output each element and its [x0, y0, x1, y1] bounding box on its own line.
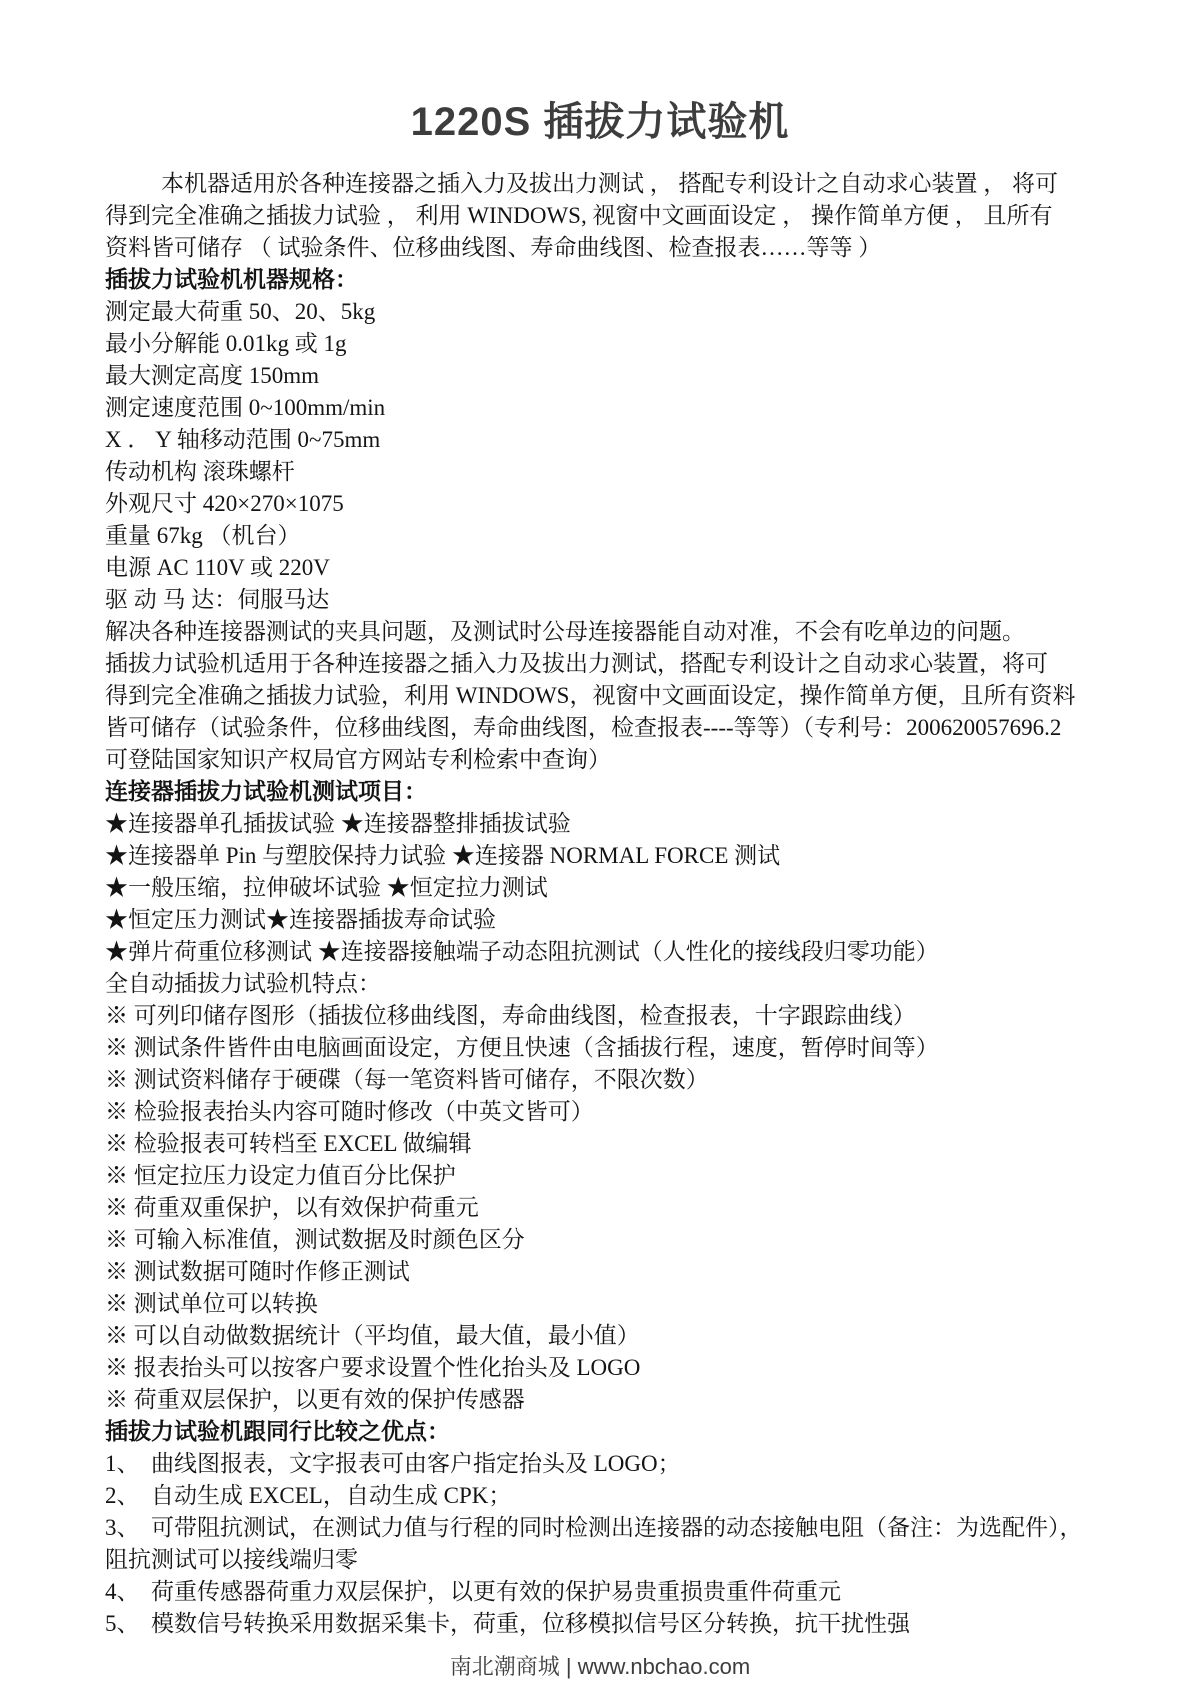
document-page: 1220S 插拔力试验机 本机器适用於各种连接器之插入力及拔出力测试 ， 搭配专…: [0, 0, 1200, 1697]
text-line: 2、 自动生成 EXCEL，自动生成 CPK；: [105, 1480, 1095, 1512]
intro-paragraph: 本机器适用於各种连接器之插入力及拔出力测试 ， 搭配专利设计之自动求心装置 ， …: [105, 168, 1095, 264]
text-line: 本机器适用於各种连接器之插入力及拔出力测试 ， 搭配专利设计之自动求心装置 ， …: [105, 168, 1095, 200]
description-paragraph: 解决各种连接器测试的夹具问题，及测试时公母连接器能自动对准，不会有吃单边的问题。…: [105, 616, 1095, 776]
text-line: ★连接器单孔插拔试验 ★连接器整排插拔试验: [105, 808, 1095, 840]
advantages-list: 1、 曲线图报表，文字报表可由客户指定抬头及 LOGO；2、 自动生成 EXCE…: [105, 1448, 1095, 1640]
text-line: 传动机构 滚珠螺杆: [105, 456, 1095, 488]
text-line: ※ 测试资料储存于硬碟（每一笔资料皆可储存，不限次数）: [105, 1064, 1095, 1096]
footer-separator: |: [560, 1654, 578, 1679]
text-line: ※ 检验报表可转档至 EXCEL 做编辑: [105, 1128, 1095, 1160]
text-line: ※ 测试单位可以转换: [105, 1288, 1095, 1320]
text-line: 可登陆国家知识产权局官方网站专利检索中查询）: [105, 744, 1095, 776]
text-line: 插拔力试验机适用于各种连接器之插入力及拔出力测试，搭配专利设计之自动求心装置，将…: [105, 648, 1095, 680]
text-line: ※ 可以自动做数据统计（平均值，最大值，最小值）: [105, 1320, 1095, 1352]
specs-list: 测定最大荷重 50、20、5kg最小分解能 0.01kg 或 1g最大测定高度 …: [105, 296, 1095, 616]
text-line: 最小分解能 0.01kg 或 1g: [105, 328, 1095, 360]
text-line: 测定速度范围 0~100mm/min: [105, 392, 1095, 424]
text-line: ※ 测试数据可随时作修正测试: [105, 1256, 1095, 1288]
text-line: 得到完全准确之插拔力试验，利用 WINDOWS，视窗中文画面设定，操作简单方便，…: [105, 680, 1095, 712]
text-line: ★弹片荷重位移测试 ★连接器接触端子动态阻抗测试（人性化的接线段归零功能）: [105, 936, 1095, 968]
specs-header: 插拔力试验机机器规格：: [105, 264, 1095, 296]
footer-site-name: 南北潮商城: [450, 1654, 560, 1679]
text-line: ★连接器单 Pin 与塑胶保持力试验 ★连接器 NORMAL FORCE 测试: [105, 840, 1095, 872]
text-line: ※ 荷重双层保护，以更有效的保护传感器: [105, 1384, 1095, 1416]
text-line: ※ 可列印储存图形（插拔位移曲线图，寿命曲线图，检查报表，十字跟踪曲线）: [105, 1000, 1095, 1032]
text-line: 阻抗测试可以接线端归零: [105, 1544, 1095, 1576]
text-line: ★恒定压力测试★连接器插拔寿命试验: [105, 904, 1095, 936]
page-title: 1220S 插拔力试验机: [105, 96, 1095, 148]
footer-url: www.nbchao.com: [578, 1654, 750, 1679]
text-line: ★一般压缩，拉伸破坏试验 ★恒定拉力测试: [105, 872, 1095, 904]
text-line: ※ 报表抬头可以按客户要求设置个性化抬头及 LOGO: [105, 1352, 1095, 1384]
text-line: 4、 荷重传感器荷重力双层保护，以更有效的保护易贵重损贵重件荷重元: [105, 1576, 1095, 1608]
text-line: ※ 可输入标准值，测试数据及时颜色区分: [105, 1224, 1095, 1256]
text-line: X ． Y 轴移动范围 0~75mm: [105, 424, 1095, 456]
text-line: 解决各种连接器测试的夹具问题，及测试时公母连接器能自动对准，不会有吃单边的问题。: [105, 616, 1095, 648]
advantages-header: 插拔力试验机跟同行比较之优点：: [105, 1416, 1095, 1448]
text-line: 资料皆可储存 （ 试验条件、位移曲线图、寿命曲线图、检查报表……等等 ）: [105, 232, 1095, 264]
text-line: 测定最大荷重 50、20、5kg: [105, 296, 1095, 328]
text-line: ※ 检验报表抬头内容可随时修改（中英文皆可）: [105, 1096, 1095, 1128]
page-footer: 南北潮商城 | www.nbchao.com: [0, 1653, 1200, 1681]
test-items-list: ★连接器单孔插拔试验 ★连接器整排插拔试验★连接器单 Pin 与塑胶保持力试验 …: [105, 808, 1095, 968]
features-list: ※ 可列印储存图形（插拔位移曲线图，寿命曲线图，检查报表，十字跟踪曲线）※ 测试…: [105, 1000, 1095, 1416]
text-line: 1、 曲线图报表，文字报表可由客户指定抬头及 LOGO；: [105, 1448, 1095, 1480]
text-line: 3、 可带阻抗测试，在测试力值与行程的同时检测出连接器的动态接触电阻（备注：为选…: [105, 1512, 1095, 1544]
text-line: ※ 恒定拉压力设定力值百分比保护: [105, 1160, 1095, 1192]
text-line: 驱 动 马 达：伺服马达: [105, 584, 1095, 616]
text-line: 5、 模数信号转换采用数据采集卡，荷重，位移模拟信号区分转换，抗干扰性强: [105, 1608, 1095, 1640]
text-line: 得到完全准确之插拔力试验 ， 利用 WINDOWS, 视窗中文画面设定 ， 操作…: [105, 200, 1095, 232]
text-line: ※ 荷重双重保护，以有效保护荷重元: [105, 1192, 1095, 1224]
test-items-header: 连接器插拔力试验机测试项目：: [105, 776, 1095, 808]
text-line: 外观尺寸 420×270×1075: [105, 488, 1095, 520]
features-header: 全自动插拔力试验机特点：: [105, 968, 1095, 1000]
text-line: ※ 测试条件皆件由电脑画面设定，方便且快速（含插拔行程，速度，暂停时间等）: [105, 1032, 1095, 1064]
text-line: 最大测定高度 150mm: [105, 360, 1095, 392]
text-line: 皆可储存（试验条件，位移曲线图，寿命曲线图，检查报表----等等）（专利号：20…: [105, 712, 1095, 744]
text-line: 电源 AC 110V 或 220V: [105, 552, 1095, 584]
text-line: 重量 67kg （机台）: [105, 520, 1095, 552]
